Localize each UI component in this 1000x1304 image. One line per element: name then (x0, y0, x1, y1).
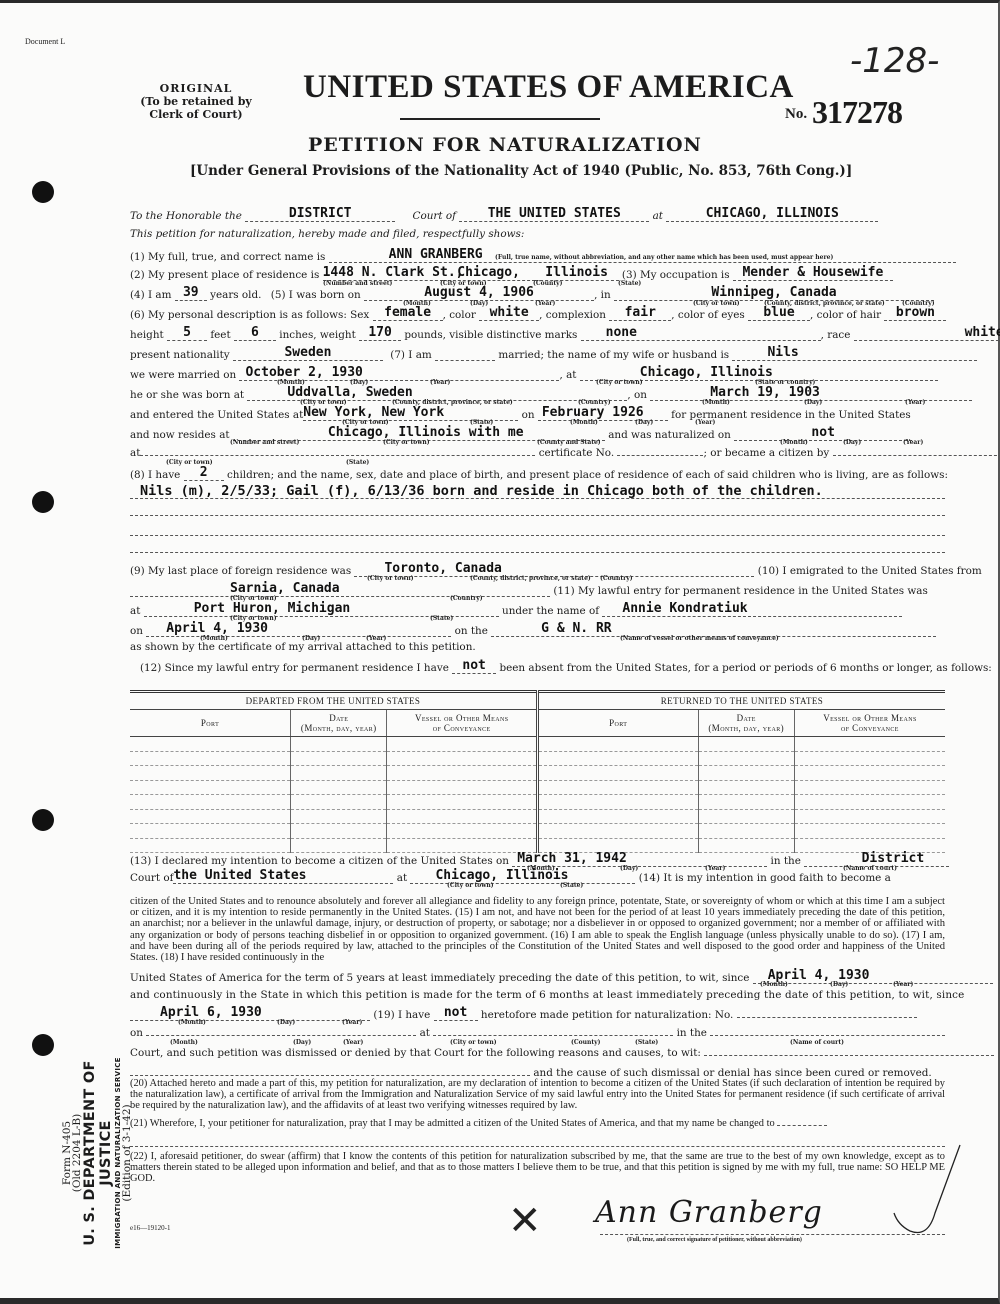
color-value: white (479, 306, 539, 321)
punch-hole (32, 1034, 54, 1056)
petitioner-signature: Ann Granberg (595, 1195, 823, 1230)
table-row (130, 795, 945, 810)
declaration-court-of: the United States (173, 869, 393, 884)
naturalization-cert-line: at certificate No. ; or became a citizen… (130, 446, 945, 459)
birth-date: August 4, 1906 (364, 286, 594, 301)
naturalization-petition-page: Document L ORIGINAL (To be retained by C… (0, 0, 1000, 1304)
nationality-line: present nationality Sweden (7) I am marr… (130, 346, 945, 361)
age-value: 39 (175, 286, 207, 301)
petition-number-label: No. (785, 106, 807, 123)
col-port: Port (130, 710, 291, 737)
married-status (435, 360, 495, 361)
entry-date-line: on April 4, 1930 on the G & N. RR (130, 622, 945, 637)
eyes-value: blue (748, 306, 810, 321)
departed-header: DEPARTED FROM THE UNITED STATES (130, 692, 537, 710)
check-mark-icon (890, 1143, 970, 1253)
residence-street: 1448 N. Clark St., (323, 266, 443, 281)
spouse-entry-line: and entered the United States atNew York… (130, 406, 945, 421)
height-feet: 5 (167, 326, 207, 341)
petition-number: 317278 (812, 94, 902, 131)
spouse-birth-line: he or she was born at Uddvalla, Sweden, … (130, 386, 945, 401)
declaration-court-line: Court ofthe United States at Chicago, Il… (130, 869, 945, 884)
marriage-line: we were married on October 2, 1930, at C… (130, 366, 945, 381)
punch-hole (32, 181, 54, 203)
nationality-value: Sweden (233, 346, 383, 361)
page-subtitle: PETITION FOR NATURALIZATION (308, 134, 702, 156)
dismissed-line: Court, and such petition was dismissed o… (130, 1046, 945, 1059)
col-date: Date(Month, day, year) (698, 710, 794, 737)
side-edition: (Edition of 3-1-42) (122, 1033, 132, 1273)
weight-value: 170 (359, 326, 401, 341)
children-details-line: Nils (m), 2/5/33; Gail (f), 6/13/36 born… (130, 484, 945, 499)
children-count: 2 (184, 466, 224, 481)
children-details: Nils (m), 2/5/33; Gail (f), 6/13/36 born… (130, 484, 945, 499)
table-row (130, 809, 945, 824)
height-weight-line: height 5 feet 6 inches, weight 170 pound… (130, 326, 945, 341)
emigrated-from: Sarnia, Canada (130, 582, 550, 597)
paragraph-21: (21) Wherefore, I, your petitioner for n… (130, 1116, 945, 1129)
table-row (130, 824, 945, 839)
birth-place: Winnipeg, Canada (614, 286, 934, 301)
page-title: UNITED STATES OF AMERICA (303, 69, 794, 106)
act-reference: [Under General Provisions of the Nationa… (190, 163, 852, 179)
entry-name: Annie Kondratiuk (602, 602, 902, 617)
state-residence-line: April 6, 1930 (19) I have not heretofore… (130, 1006, 945, 1021)
original-label: ORIGINAL (136, 82, 256, 95)
complexion-value: fair (609, 306, 671, 321)
x-mark: ✕ (508, 1198, 542, 1244)
race-value: white (854, 326, 1000, 341)
absence-value: not (452, 659, 496, 674)
age-birth-line: (4) I am 39 years old. (5) I was born on… (130, 286, 945, 301)
table-row (130, 766, 945, 781)
prior-petition-line: on at in the (130, 1026, 945, 1039)
state-residence-since: April 6, 1930 (130, 1006, 370, 1021)
us-residence-since: April 4, 1930 (753, 969, 993, 984)
us-residence-line: United States of America for the term of… (130, 969, 945, 984)
absence-table: DEPARTED FROM THE UNITED STATES RETURNED… (130, 690, 945, 853)
form-code: e16—19120-1 (130, 1224, 170, 1232)
col-vessel: Vessel or Other Meansof Conveyance (387, 710, 538, 737)
punch-hole (32, 809, 54, 831)
title-rule (400, 118, 600, 120)
description-line: (6) My personal description is as follow… (130, 306, 945, 321)
paragraph-20: (20) Attached hereto and made a part of … (130, 1078, 945, 1112)
declaration-place: Chicago, Illinois (410, 869, 635, 884)
court-name: THE UNITED STATES (459, 207, 649, 222)
side-department: U. S. DEPARTMENT OF JUSTICE (82, 1033, 114, 1273)
prior-petition-value: not (434, 1006, 478, 1021)
paragraph-22: (22) I, aforesaid petitioner, do swear (… (130, 1151, 945, 1185)
original-block: ORIGINAL (To be retained by Clerk of Cou… (136, 82, 256, 121)
returned-header: RETURNED TO THE UNITED STATES (537, 692, 945, 710)
signature-caption: (Full, true, and correct signature of pe… (627, 1237, 802, 1243)
table-row (130, 751, 945, 766)
col-vessel: Vessel or Other Meansof Conveyance (794, 710, 945, 737)
state-residence-label: and continuously in the State in which t… (130, 989, 945, 1001)
certificate-arrival: as shown by the certificate of my arriva… (130, 641, 945, 653)
form-sidebar: Form N-405 (Old 2204 L-B) U. S. DEPARTME… (62, 1033, 132, 1273)
table-row (130, 780, 945, 795)
residence-city: Chicago, (443, 266, 535, 281)
side-old-number: (Old 2204 L-B) (72, 1033, 82, 1273)
paragraph-14-18: citizen of the United States and to reno… (130, 896, 945, 963)
original-note-1: (To be retained by (136, 95, 256, 108)
col-date: Date(Month, day, year) (291, 710, 387, 737)
court-location: CHICAGO, ILLINOIS (666, 207, 878, 222)
document-label: Document L (25, 37, 65, 46)
residence-line: (2) My present place of residence is 144… (130, 266, 945, 281)
punch-hole (32, 491, 54, 513)
petition-intro: This petition for naturalization, hereby… (130, 228, 945, 240)
hair-value: brown (884, 306, 946, 321)
sex-value: female (373, 306, 443, 321)
children-line: (8) I have 2 children; and the name, sex… (130, 466, 945, 481)
handwritten-number: -128- (850, 41, 939, 81)
court-type: DISTRICT (245, 207, 395, 222)
col-port: Port (537, 710, 698, 737)
absence-line: (12) Since my lawful entry for permanent… (140, 659, 955, 674)
original-note-2: Clerk of Court) (136, 108, 256, 121)
spouse-naturalized: not (734, 426, 912, 441)
marks-value: none (581, 326, 821, 341)
height-inches: 6 (234, 326, 276, 341)
spouse-name: Nils (732, 346, 977, 361)
residence-state: Illinois (535, 266, 619, 281)
table-row (130, 737, 945, 752)
court-line: To the Honorable the DISTRICT Court of T… (130, 207, 945, 222)
entry-date: April 4, 1930 (146, 622, 451, 637)
occupation-value: Mender & Housewife (733, 266, 893, 281)
